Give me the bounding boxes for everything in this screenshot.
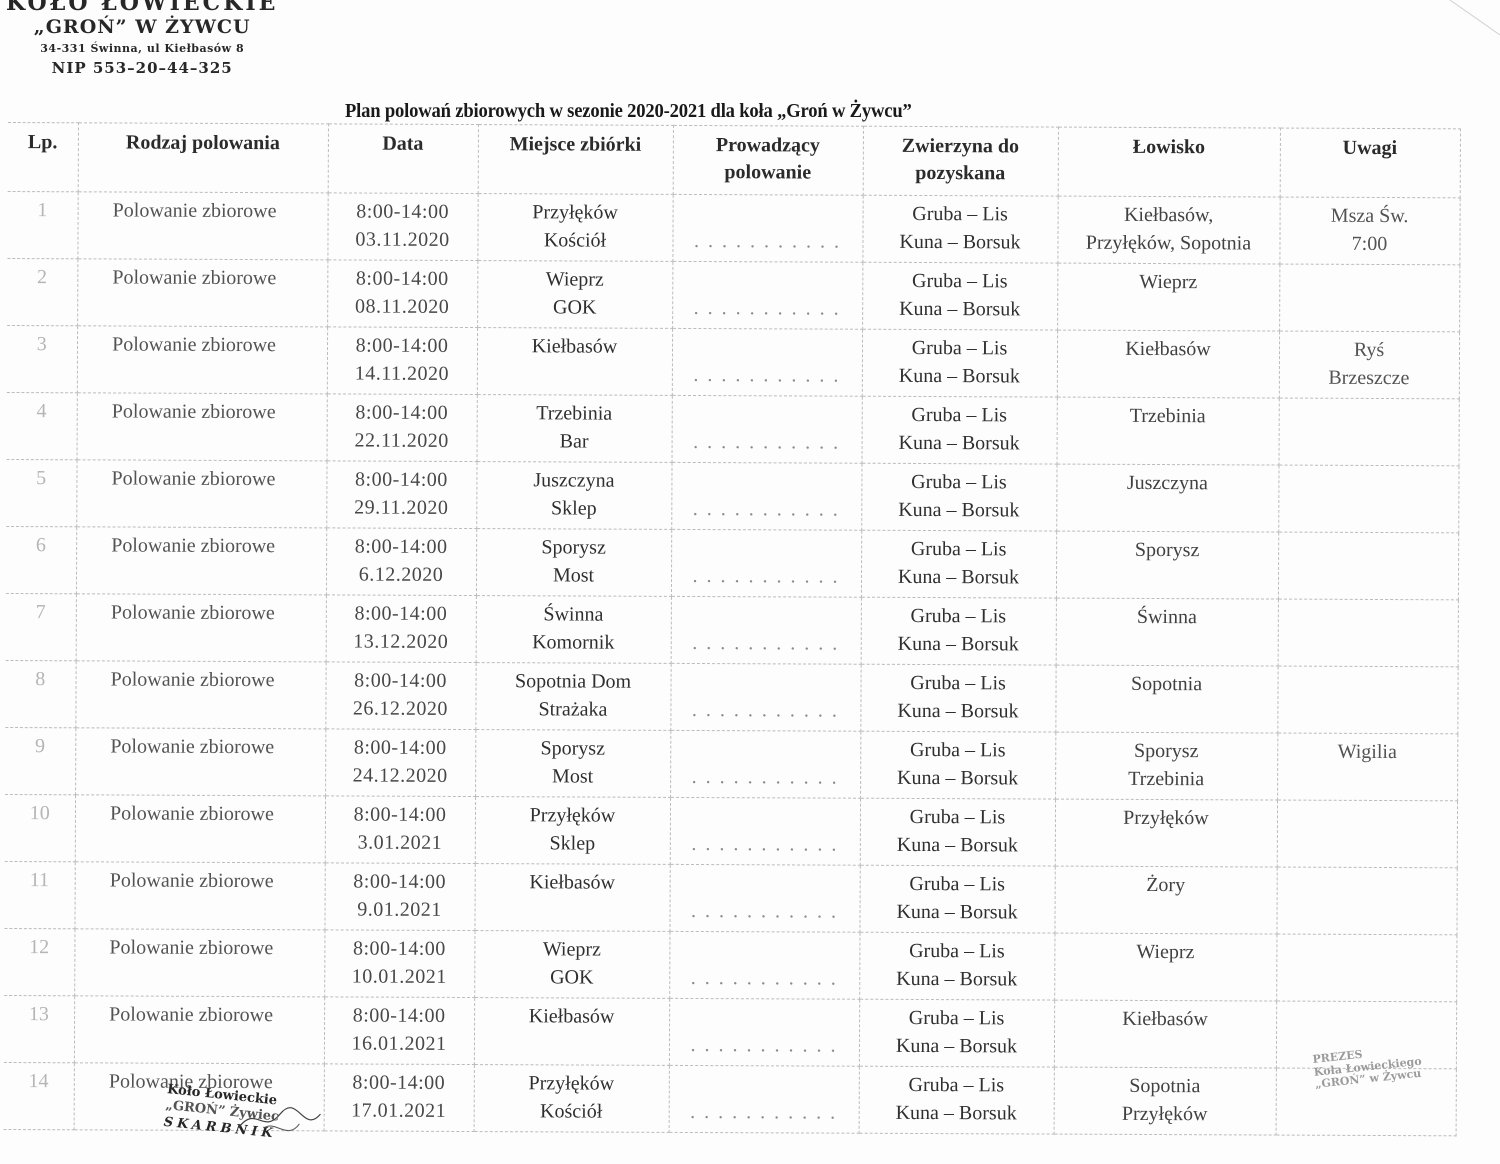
game-line: Kuna – Borsuk bbox=[862, 496, 1056, 525]
cell-hunting-area: Juszczyna bbox=[1056, 464, 1278, 532]
hunt-time: 8:00-14:00 bbox=[325, 934, 474, 963]
game-line: Kuna – Borsuk bbox=[860, 898, 1054, 927]
cell-leader-redacted: . . . . . . . . . . . bbox=[672, 395, 862, 463]
club-header-stamp: KOŁO ŁOWIECKIE „GROŃ” W ŻYWCU 34-331 Świ… bbox=[6, 0, 278, 76]
cell-date: 8:00-14:0010.01.2021 bbox=[324, 930, 474, 998]
cell-notes bbox=[1278, 599, 1458, 667]
redacted-name-dots: . . . . . . . . . . . bbox=[671, 763, 860, 792]
cell-kind: Polowanie zbiorowe bbox=[77, 259, 327, 327]
table-row: 12Polowanie zbiorowe8:00-14:0010.01.2021… bbox=[4, 928, 1456, 1001]
area-line: Kiełbasów bbox=[1057, 335, 1278, 364]
cell-hunting-area: Żory bbox=[1054, 866, 1276, 934]
place-line: Przyłęków bbox=[475, 801, 669, 830]
hunt-kind: Polowanie zbiorowe bbox=[75, 799, 317, 828]
cell-kind: Polowanie zbiorowe bbox=[75, 661, 325, 729]
game-line: Gruba – Lis bbox=[862, 535, 1056, 564]
area-line: Przyłęków, Sopotnia bbox=[1058, 229, 1279, 258]
cell-leader-redacted: . . . . . . . . . . . bbox=[671, 462, 861, 530]
area-line: Juszczyna bbox=[1057, 469, 1278, 498]
cell-kind: Polowanie zbiorowe bbox=[76, 594, 326, 662]
hunt-date: 13.12.2020 bbox=[326, 627, 475, 656]
game-line: Kuna – Borsuk bbox=[860, 965, 1054, 994]
game-line: Kuna – Borsuk bbox=[862, 362, 1056, 391]
cell-lp: 14 bbox=[4, 1062, 74, 1129]
redacted-name-dots: . . . . . . . . . . . bbox=[669, 1031, 858, 1060]
game-line: Gruba – Lis bbox=[863, 200, 1057, 229]
cell-game: Gruba – LisKuna – Borsuk bbox=[861, 463, 1056, 531]
redacted-name-dots: . . . . . . . . . . . bbox=[669, 1098, 858, 1127]
redacted-name bbox=[672, 467, 861, 496]
game-line: Gruba – Lis bbox=[861, 669, 1055, 698]
hunt-kind: Polowanie zbiorowe bbox=[76, 598, 318, 627]
area-line: Sopotnia bbox=[1056, 670, 1277, 699]
place-line: Most bbox=[476, 561, 670, 590]
redacted-name-dots: . . . . . . . . . . . bbox=[673, 227, 862, 256]
column-header-notes: Uwagi bbox=[1280, 128, 1460, 198]
cell-leader-redacted: . . . . . . . . . . . bbox=[669, 998, 859, 1066]
redacted-name bbox=[672, 333, 861, 362]
page-corner-mark-icon bbox=[1440, 0, 1500, 40]
cell-lp: 10 bbox=[5, 794, 75, 861]
hunt-kind: Polowanie zbiorowe bbox=[74, 1000, 316, 1029]
redacted-name bbox=[670, 936, 859, 965]
cell-notes bbox=[1279, 264, 1459, 332]
cell-date: 8:00-14:0022.11.2020 bbox=[327, 394, 477, 462]
cell-meeting-place: SporyszMost bbox=[476, 529, 671, 597]
cell-date: 8:00-14:0024.12.2020 bbox=[325, 729, 475, 797]
game-line: Kuna – Borsuk bbox=[861, 697, 1055, 726]
cell-kind: Polowanie zbiorowe bbox=[75, 728, 325, 796]
area-line: Kiełbasów bbox=[1055, 1005, 1276, 1034]
cell-date: 8:00-14:0016.01.2021 bbox=[324, 997, 474, 1065]
table-row: 10Polowanie zbiorowe8:00-14:003.01.2021P… bbox=[5, 794, 1457, 867]
hunt-date: 3.01.2021 bbox=[325, 828, 474, 857]
place-line: Wieprz bbox=[478, 265, 672, 294]
cell-lp: 12 bbox=[4, 928, 74, 995]
redacted-name bbox=[672, 534, 861, 563]
cell-meeting-place: PrzyłękówKościół bbox=[477, 194, 672, 262]
hunt-date: 9.01.2021 bbox=[325, 895, 474, 924]
cell-game: Gruba – LisKuna – Borsuk bbox=[860, 798, 1055, 866]
cell-hunting-area: Sporysz bbox=[1056, 531, 1278, 599]
notes-line: 7:00 bbox=[1280, 230, 1459, 259]
cell-game: Gruba – LisKuna – Borsuk bbox=[859, 1066, 1054, 1134]
game-line: Gruba – Lis bbox=[862, 401, 1056, 430]
redacted-name bbox=[672, 400, 861, 429]
cell-hunting-area: SopotniaPrzyłęków bbox=[1054, 1067, 1276, 1135]
redacted-name-dots: . . . . . . . . . . . bbox=[670, 830, 859, 859]
place-line: Kiełbasów bbox=[475, 1002, 669, 1031]
hunt-date: 10.01.2021 bbox=[325, 962, 474, 991]
hunt-time: 8:00-14:00 bbox=[326, 666, 475, 695]
redacted-name-dots: . . . . . . . . . . . bbox=[672, 495, 861, 524]
game-line: Gruba – Lis bbox=[860, 937, 1054, 966]
hunt-time: 8:00-14:00 bbox=[325, 867, 474, 896]
area-line: Świnna bbox=[1056, 603, 1277, 632]
game-line: Gruba – Lis bbox=[863, 267, 1057, 296]
hunt-date: 17.01.2021 bbox=[324, 1096, 473, 1125]
table-row: 7Polowanie zbiorowe8:00-14:0013.12.2020Ś… bbox=[6, 593, 1458, 666]
game-line: Kuna – Borsuk bbox=[861, 630, 1055, 659]
game-line: Kuna – Borsuk bbox=[860, 831, 1054, 860]
table-row: 3Polowanie zbiorowe8:00-14:0014.11.2020K… bbox=[7, 325, 1459, 398]
cell-notes bbox=[1279, 398, 1459, 466]
hunt-time: 8:00-14:00 bbox=[324, 1068, 473, 1097]
game-line: Gruba – Lis bbox=[861, 602, 1055, 631]
redacted-name bbox=[671, 668, 860, 697]
hunt-time: 8:00-14:00 bbox=[325, 1001, 474, 1030]
cell-lp: 13 bbox=[4, 995, 74, 1062]
hunt-date: 03.11.2020 bbox=[328, 225, 477, 254]
place-line: Przyłęków bbox=[478, 198, 672, 227]
cell-lp: 7 bbox=[6, 593, 76, 660]
cell-game: Gruba – LisKuna – Borsuk bbox=[861, 597, 1056, 665]
place-line: Przyłęków bbox=[474, 1069, 668, 1098]
game-line: Gruba – Lis bbox=[860, 870, 1054, 899]
redacted-name-dots: . . . . . . . . . . . bbox=[673, 294, 862, 323]
cell-game: Gruba – LisKuna – Borsuk bbox=[859, 932, 1054, 1000]
cell-hunting-area: Kiełbasów,Przyłęków, Sopotnia bbox=[1057, 196, 1279, 264]
game-line: Gruba – Lis bbox=[859, 1071, 1053, 1100]
table-row: 4Polowanie zbiorowe8:00-14:0022.11.2020T… bbox=[7, 392, 1459, 465]
redacted-name-dots: . . . . . . . . . . . bbox=[672, 361, 861, 390]
cell-kind: Polowanie zbiorowe bbox=[75, 795, 325, 863]
hunt-date: 29.11.2020 bbox=[327, 493, 476, 522]
notes-line: Ryś bbox=[1279, 336, 1458, 365]
place-line: Most bbox=[476, 762, 670, 791]
redacted-name-dots: . . . . . . . . . . . bbox=[670, 964, 859, 993]
game-line: Kuna – Borsuk bbox=[862, 429, 1056, 458]
cell-hunting-area: Przyłęków bbox=[1055, 799, 1277, 867]
place-line: Świnna bbox=[476, 600, 670, 629]
place-line: GOK bbox=[478, 293, 672, 322]
table-row: 8Polowanie zbiorowe8:00-14:0026.12.2020S… bbox=[5, 660, 1457, 733]
column-header-area: Łowisko bbox=[1058, 127, 1280, 197]
redacted-name bbox=[673, 199, 862, 228]
cell-meeting-place: WieprzGOK bbox=[477, 261, 672, 329]
place-line: Bar bbox=[477, 427, 671, 456]
notes-line: Msza Św. bbox=[1280, 202, 1459, 231]
cell-hunting-area: Kiełbasów bbox=[1057, 330, 1279, 398]
cell-lp: 5 bbox=[6, 459, 76, 526]
hunt-time: 8:00-14:00 bbox=[327, 331, 476, 360]
column-header-leader: Prowadzący polowanie bbox=[673, 125, 863, 195]
cell-date: 8:00-14:0014.11.2020 bbox=[327, 327, 477, 395]
cell-leader-redacted: . . . . . . . . . . . bbox=[672, 261, 862, 329]
hunt-kind: Polowanie zbiorowe bbox=[77, 397, 319, 426]
place-line: GOK bbox=[475, 963, 669, 992]
hunting-plan-table: Lp. Rodzaj polowania Data Miejsce zbiórk… bbox=[4, 122, 1461, 1136]
place-line: Kościół bbox=[474, 1097, 668, 1126]
hunt-time: 8:00-14:00 bbox=[326, 733, 475, 762]
cell-date: 8:00-14:0008.11.2020 bbox=[327, 260, 477, 328]
hunt-kind: Polowanie zbiorowe bbox=[75, 732, 317, 761]
redacted-name bbox=[670, 802, 859, 831]
cell-meeting-place: JuszczynaSklep bbox=[476, 462, 671, 530]
cell-meeting-place: Kiełbasów bbox=[477, 328, 672, 396]
cell-notes bbox=[1278, 532, 1458, 600]
notes-line: Wigilia bbox=[1278, 738, 1457, 767]
cell-leader-redacted: . . . . . . . . . . . bbox=[670, 663, 860, 731]
cell-kind: Polowanie zbiorowe bbox=[77, 393, 327, 461]
redacted-name-dots: . . . . . . . . . . . bbox=[671, 696, 860, 725]
hunt-time: 8:00-14:00 bbox=[328, 197, 477, 226]
game-line: Kuna – Borsuk bbox=[859, 1032, 1053, 1061]
redacted-name bbox=[671, 601, 860, 630]
cell-date: 8:00-14:006.12.2020 bbox=[326, 528, 476, 596]
cell-kind: Polowanie zbiorowe bbox=[74, 996, 324, 1064]
column-header-kind: Rodzaj polowania bbox=[78, 123, 328, 193]
table-row: 1Polowanie zbiorowe8:00-14:0003.11.2020P… bbox=[7, 191, 1459, 264]
table-row: 6Polowanie zbiorowe8:00-14:006.12.2020Sp… bbox=[6, 526, 1458, 599]
game-line: Gruba – Lis bbox=[862, 334, 1056, 363]
stamp-nip: NIP 553–20–44–325 bbox=[6, 61, 278, 77]
cell-meeting-place: WieprzGOK bbox=[474, 931, 669, 999]
cell-date: 8:00-14:003.01.2021 bbox=[325, 796, 475, 864]
cell-game: Gruba – LisKuna – Borsuk bbox=[860, 731, 1055, 799]
hunt-kind: Polowanie zbiorowe bbox=[76, 464, 318, 493]
cell-date: 8:00-14:0017.01.2021 bbox=[324, 1064, 474, 1132]
cell-hunting-area: Trzebinia bbox=[1057, 397, 1279, 465]
hunt-date: 26.12.2020 bbox=[326, 694, 475, 723]
hunt-kind: Polowanie zbiorowe bbox=[74, 933, 316, 962]
document-title: Plan polowań zbiorowych w sezonie 2020-2… bbox=[345, 100, 912, 123]
hunt-time: 8:00-14:00 bbox=[328, 264, 477, 293]
cell-meeting-place: TrzebiniaBar bbox=[477, 395, 672, 463]
redacted-name-dots: . . . . . . . . . . . bbox=[671, 562, 860, 591]
cell-meeting-place: Kiełbasów bbox=[474, 864, 669, 932]
place-line: Sporysz bbox=[476, 734, 670, 763]
place-line: Sklep bbox=[475, 829, 669, 858]
hunt-date: 16.01.2021 bbox=[324, 1029, 473, 1058]
table-row: 5Polowanie zbiorowe8:00-14:0029.11.2020J… bbox=[6, 459, 1458, 532]
cell-leader-redacted: . . . . . . . . . . . bbox=[671, 529, 861, 597]
cell-date: 8:00-14:0013.12.2020 bbox=[326, 595, 476, 663]
redacted-name bbox=[669, 1070, 858, 1099]
stamp-address: 34-331 Świnna, ul Kiełbasów 8 bbox=[6, 43, 278, 55]
cell-lp: 8 bbox=[5, 660, 75, 727]
cell-kind: Polowanie zbiorowe bbox=[74, 862, 324, 930]
cell-game: Gruba – LisKuna – Borsuk bbox=[859, 999, 1054, 1067]
column-header-place: Miejsce zbiórki bbox=[478, 125, 673, 195]
cell-hunting-area: SporyszTrzebinia bbox=[1055, 732, 1277, 800]
area-line: Trzebinia bbox=[1057, 402, 1278, 431]
cell-notes bbox=[1278, 465, 1458, 533]
cell-date: 8:00-14:0026.12.2020 bbox=[325, 662, 475, 730]
cell-leader-redacted: . . . . . . . . . . . bbox=[669, 864, 859, 932]
cell-leader-redacted: . . . . . . . . . . . bbox=[669, 931, 859, 999]
place-line: Sporysz bbox=[477, 533, 671, 562]
cell-lp: 4 bbox=[7, 392, 77, 459]
treasurer-stamp: Koło Łowieckie „GROŃ” Żywiec SKARBNIK bbox=[163, 1082, 281, 1142]
cell-leader-redacted: . . . . . . . . . . . bbox=[672, 194, 862, 262]
cell-leader-redacted: . . . . . . . . . . . bbox=[669, 1065, 859, 1133]
area-line: Sporysz bbox=[1056, 737, 1277, 766]
hunt-time: 8:00-14:00 bbox=[327, 398, 476, 427]
cell-lp: 11 bbox=[4, 861, 74, 928]
hunt-kind: Polowanie zbiorowe bbox=[76, 531, 318, 560]
cell-lp: 3 bbox=[7, 325, 77, 392]
hunt-time: 8:00-14:00 bbox=[325, 800, 474, 829]
cell-meeting-place: ŚwinnaKomornik bbox=[476, 596, 671, 664]
cell-game: Gruba – LisKuna – Borsuk bbox=[861, 530, 1056, 598]
cell-game: Gruba – LisKuna – Borsuk bbox=[862, 396, 1057, 464]
cell-lp: 1 bbox=[7, 191, 77, 258]
cell-meeting-place: PrzyłękówSklep bbox=[475, 797, 670, 865]
game-line: Kuna – Borsuk bbox=[861, 764, 1055, 793]
hunt-kind: Polowanie zbiorowe bbox=[74, 866, 316, 895]
area-line: Wieprz bbox=[1055, 938, 1276, 967]
cell-lp: 6 bbox=[6, 526, 76, 593]
cell-meeting-place: Sopotnia DomStrażaka bbox=[475, 663, 670, 731]
cell-kind: Polowanie zbiorowe bbox=[77, 192, 327, 260]
table-row: 2Polowanie zbiorowe8:00-14:0008.11.2020W… bbox=[7, 258, 1459, 331]
cell-notes: RyśBrzeszcze bbox=[1279, 331, 1459, 399]
hunt-date: 22.11.2020 bbox=[327, 426, 476, 455]
cell-notes: Wigilia bbox=[1277, 733, 1457, 801]
place-line: Trzebinia bbox=[477, 399, 671, 428]
hunt-date: 14.11.2020 bbox=[327, 359, 476, 388]
cell-game: Gruba – LisKuna – Borsuk bbox=[860, 664, 1055, 732]
cell-leader-redacted: . . . . . . . . . . . bbox=[671, 596, 861, 664]
game-line: Gruba – Lis bbox=[862, 468, 1056, 497]
column-header-game: Zwierzyna do pozyskana bbox=[863, 126, 1058, 196]
cell-hunting-area: Kiełbasów bbox=[1054, 1000, 1276, 1068]
area-line: Wieprz bbox=[1058, 268, 1279, 297]
hunt-date: 6.12.2020 bbox=[326, 560, 475, 589]
cell-game: Gruba – LisKuna – Borsuk bbox=[859, 865, 1054, 933]
hunt-kind: Polowanie zbiorowe bbox=[77, 196, 319, 225]
cell-notes bbox=[1277, 800, 1457, 868]
cell-meeting-place: SporyszMost bbox=[475, 730, 670, 798]
area-line: Sporysz bbox=[1057, 536, 1278, 565]
cell-game: Gruba – LisKuna – Borsuk bbox=[862, 262, 1057, 330]
area-line: Trzebinia bbox=[1056, 765, 1277, 794]
cell-hunting-area: Świnna bbox=[1056, 598, 1278, 666]
cell-meeting-place: PrzyłękówKościół bbox=[474, 1065, 669, 1133]
cell-lp: 9 bbox=[5, 727, 75, 794]
notes-line: Brzeszcze bbox=[1279, 364, 1458, 393]
hunt-kind: Polowanie zbiorowe bbox=[75, 665, 317, 694]
cell-kind: Polowanie zbiorowe bbox=[76, 460, 326, 528]
column-header-date: Data bbox=[328, 124, 478, 194]
cell-leader-redacted: . . . . . . . . . . . bbox=[670, 797, 860, 865]
redacted-name bbox=[670, 869, 859, 898]
hunt-time: 8:00-14:00 bbox=[327, 532, 476, 561]
cell-notes bbox=[1276, 934, 1456, 1002]
stamp-club-location: „GROŃ” W ŻYWCU bbox=[6, 18, 278, 38]
cell-notes bbox=[1276, 867, 1456, 935]
hunt-kind: Polowanie zbiorowe bbox=[77, 330, 319, 359]
table-row: 13Polowanie zbiorowe8:00-14:0016.01.2021… bbox=[4, 995, 1456, 1068]
area-line: Przyłęków bbox=[1055, 804, 1276, 833]
table-header-row: Lp. Rodzaj polowania Data Miejsce zbiórk… bbox=[8, 122, 1460, 197]
stamp-club-name: KOŁO ŁOWIECKIE bbox=[6, 0, 278, 15]
cell-game: Gruba – LisKuna – Borsuk bbox=[862, 195, 1057, 263]
cell-hunting-area: Sopotnia bbox=[1055, 665, 1277, 733]
area-line: Sopotnia bbox=[1054, 1072, 1275, 1101]
redacted-name bbox=[671, 735, 860, 764]
place-line: Juszczyna bbox=[477, 466, 671, 495]
hunt-time: 8:00-14:00 bbox=[327, 465, 476, 494]
redacted-name bbox=[670, 1003, 859, 1032]
hunt-date: 24.12.2020 bbox=[326, 761, 475, 790]
cell-notes: Msza Św.7:00 bbox=[1279, 197, 1459, 265]
cell-date: 8:00-14:0029.11.2020 bbox=[326, 461, 476, 529]
area-line: Żory bbox=[1055, 871, 1276, 900]
game-line: Kuna – Borsuk bbox=[861, 563, 1055, 592]
column-header-lp: Lp. bbox=[8, 122, 78, 191]
place-line: Kościół bbox=[478, 226, 672, 255]
game-line: Gruba – Lis bbox=[860, 1004, 1054, 1033]
redacted-name-dots: . . . . . . . . . . . bbox=[671, 629, 860, 658]
place-line: Strażaka bbox=[476, 695, 670, 724]
area-line: Przyłęków bbox=[1054, 1100, 1275, 1129]
game-line: Gruba – Lis bbox=[861, 736, 1055, 765]
cell-date: 8:00-14:0003.11.2020 bbox=[327, 193, 477, 261]
place-line: Wieprz bbox=[475, 935, 669, 964]
place-line: Komornik bbox=[476, 628, 670, 657]
hunt-date: 08.11.2020 bbox=[328, 292, 477, 321]
cell-kind: Polowanie zbiorowe bbox=[74, 929, 324, 997]
hunt-time: 8:00-14:00 bbox=[326, 599, 475, 628]
cell-meeting-place: Kiełbasów bbox=[474, 998, 669, 1066]
cell-hunting-area: Wieprz bbox=[1054, 933, 1276, 1001]
game-line: Kuna – Borsuk bbox=[859, 1099, 1053, 1128]
game-line: Gruba – Lis bbox=[860, 803, 1054, 832]
table-row: 9Polowanie zbiorowe8:00-14:0024.12.2020S… bbox=[5, 727, 1457, 800]
table-body: 1Polowanie zbiorowe8:00-14:0003.11.2020P… bbox=[4, 191, 1460, 1135]
cell-kind: Polowanie zbiorowe bbox=[77, 326, 327, 394]
cell-game: Gruba – LisKuna – Borsuk bbox=[862, 329, 1057, 397]
place-line: Sopotnia Dom bbox=[476, 667, 670, 696]
cell-lp: 2 bbox=[7, 258, 77, 325]
place-line: Kiełbasów bbox=[477, 332, 671, 361]
cell-date: 8:00-14:009.01.2021 bbox=[324, 863, 474, 931]
hunt-kind: Polowanie zbiorowe bbox=[77, 263, 319, 292]
game-line: Kuna – Borsuk bbox=[863, 295, 1057, 324]
redacted-name-dots: . . . . . . . . . . . bbox=[672, 428, 861, 457]
place-line: Kiełbasów bbox=[475, 868, 669, 897]
redacted-name-dots: . . . . . . . . . . . bbox=[670, 897, 859, 926]
cell-kind: Polowanie zbiorowe bbox=[76, 527, 326, 595]
cell-notes bbox=[1277, 666, 1457, 734]
cell-leader-redacted: . . . . . . . . . . . bbox=[672, 328, 862, 396]
cell-hunting-area: Wieprz bbox=[1057, 263, 1279, 331]
redacted-name bbox=[673, 266, 862, 295]
place-line: Sklep bbox=[477, 494, 671, 523]
game-line: Kuna – Borsuk bbox=[863, 228, 1057, 257]
cell-leader-redacted: . . . . . . . . . . . bbox=[670, 730, 860, 798]
area-line: Kiełbasów, bbox=[1058, 201, 1279, 230]
table-row: 11Polowanie zbiorowe8:00-14:009.01.2021K… bbox=[4, 861, 1456, 934]
